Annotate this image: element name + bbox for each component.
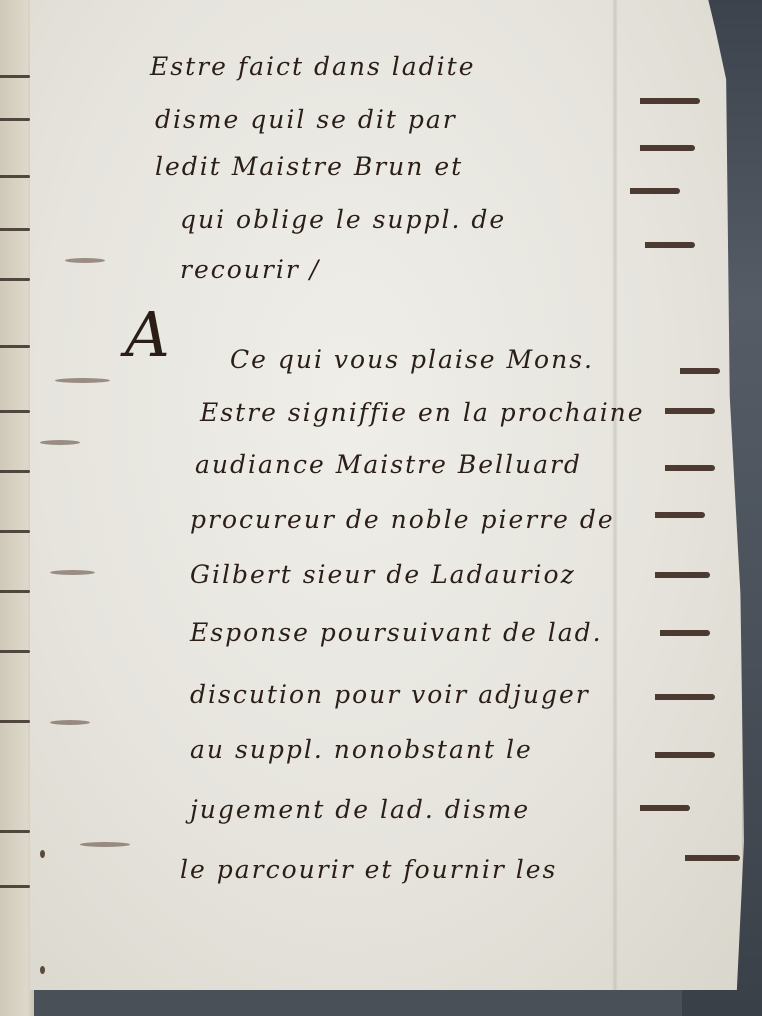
manuscript-line: recourir / [180,255,320,284]
ink-stroke [0,650,30,653]
ink-stroke [0,175,30,178]
manuscript-line: jugement de lad. disme [190,795,530,824]
line-filler-stroke [645,242,695,248]
underlying-page-edge [0,0,34,1016]
ink-stroke [0,228,30,231]
ink-stroke [0,345,30,348]
ink-stroke [0,470,30,473]
binding-hole [40,966,45,974]
page-fold [612,0,618,990]
line-filler-stroke [685,855,740,861]
binding-hole [40,850,45,858]
manuscript-line: Gilbert sieur de Ladaurioz [190,560,576,589]
decorated-initial: A [125,298,170,371]
bleed-through-mark [55,378,110,383]
manuscript-line: discution pour voir adjuger [190,680,590,709]
manuscript-line: au suppl. nonobstant le [190,735,533,764]
bleed-through-mark [65,258,105,263]
manuscript-line: Esponse poursuivant de lad. [190,618,603,647]
manuscript-line: disme quil se dit par [155,105,457,134]
line-filler-stroke [640,98,700,104]
line-filler-stroke [655,752,715,758]
line-filler-stroke [665,408,715,414]
line-filler-stroke [640,805,690,811]
line-filler-stroke [665,465,715,471]
manuscript-line: procureur de noble pierre de [190,505,615,534]
ink-stroke [0,720,30,723]
ink-stroke [0,118,30,121]
ink-stroke [0,830,30,833]
manuscript-line: audiance Maistre Belluard [195,450,582,479]
ink-stroke [0,885,30,888]
line-filler-stroke [655,572,710,578]
manuscript-page: Estre faict dans ladite disme quil se di… [30,0,744,990]
line-filler-stroke [630,188,680,194]
ink-stroke [0,590,30,593]
manuscript-line: le parcourir et fournir les [180,855,557,884]
ink-stroke [0,410,30,413]
manuscript-line: Ce qui vous plaise Mons. [230,345,594,374]
manuscript-line: ledit Maistre Brun et [155,152,463,181]
manuscript-line: Estre faict dans ladite [150,52,476,81]
bleed-through-mark [80,842,130,847]
manuscript-line: Estre signiffie en la prochaine [200,398,645,427]
line-filler-stroke [655,694,715,700]
ink-stroke [0,278,30,281]
line-filler-stroke [680,368,720,374]
line-filler-stroke [640,145,695,151]
line-filler-stroke [660,630,710,636]
ink-stroke [0,530,30,533]
manuscript-line: qui oblige le suppl. de [180,205,506,234]
bleed-through-mark [50,720,90,725]
line-filler-stroke [655,512,705,518]
bleed-through-mark [50,570,95,575]
ink-stroke [0,75,30,78]
bleed-through-mark [40,440,80,445]
